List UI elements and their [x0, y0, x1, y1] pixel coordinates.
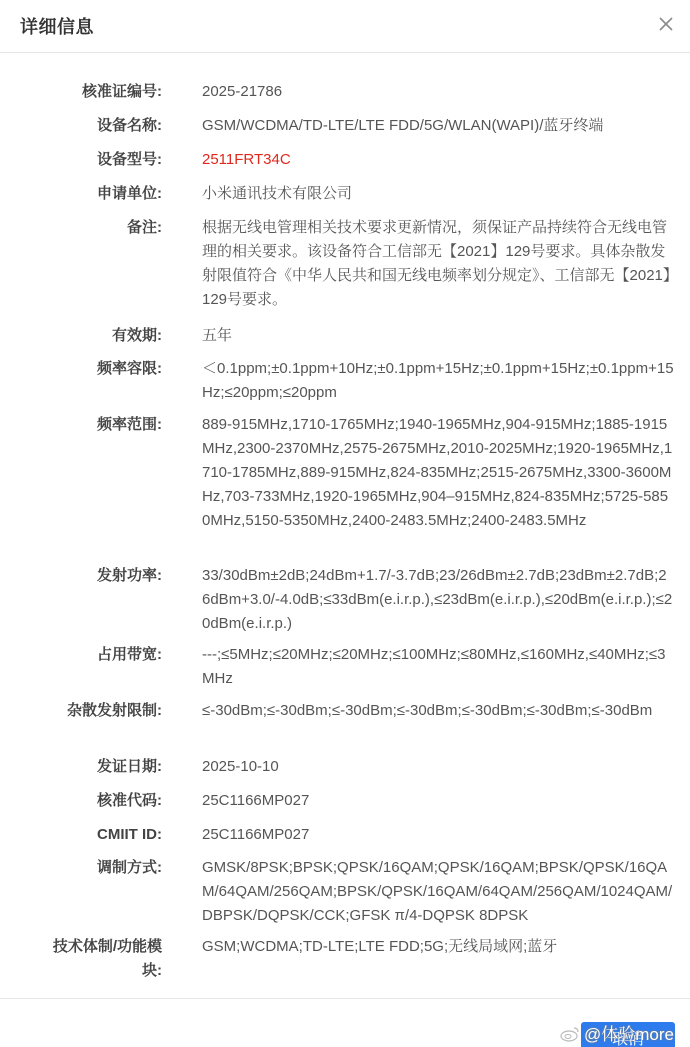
detail-label: 调制方式: — [0, 856, 190, 880]
detail-value: 25C1166MP027 — [190, 823, 674, 847]
detail-label: 备注: — [0, 216, 190, 240]
detail-label: 设备型号: — [0, 148, 190, 172]
detail-row-applicant: 申请单位: 小米通讯技术有限公司 — [0, 182, 690, 216]
detail-label: CMIIT ID: — [0, 823, 190, 847]
detail-label: 发证日期: — [0, 755, 190, 779]
footer-divider — [0, 998, 690, 999]
detail-label: 频率容限: — [0, 357, 190, 381]
detail-row-occupied-bandwidth: 占用带宽: ---;≤5MHz;≤20MHz;≤20MHz;≤100MHz;≤8… — [0, 643, 690, 699]
detail-row-spurious-emission: 杂散发射限制: ≤-30dBm;≤-30dBm;≤-30dBm;≤-30dBm;… — [0, 699, 690, 755]
detail-value: GSM;WCDMA;TD-LTE;LTE FDD;5G;无线局域网;蓝牙 — [190, 935, 674, 959]
detail-value: ＜0.1ppm;±0.1ppm+10Hz;±0.1ppm+15Hz;±0.1pp… — [190, 357, 674, 405]
detail-label: 申请单位: — [0, 182, 190, 206]
detail-label: 技术体制/功能模块: — [0, 935, 190, 983]
detail-value: 25C1166MP027 — [190, 789, 674, 813]
detail-label: 核准代码: — [0, 789, 190, 813]
close-icon — [656, 14, 676, 34]
detail-value-model: 2511FRT34C — [190, 148, 674, 172]
detail-row-modulation: 调制方式: GMSK/8PSK;BPSK;QPSK/16QAM;QPSK/16Q… — [0, 856, 690, 935]
detail-label: 有效期: — [0, 324, 190, 348]
detail-label: 占用带宽: — [0, 643, 190, 667]
detail-row-validity: 有效期: 五年 — [0, 324, 690, 357]
dialog-header: 详细信息 — [0, 0, 690, 53]
detail-label: 杂散发射限制: — [0, 699, 190, 723]
close-button[interactable] — [656, 14, 676, 34]
detail-label: 频率范围: — [0, 413, 190, 437]
detail-row-device-model: 设备型号: 2511FRT34C — [0, 148, 690, 182]
detail-label: 设备名称: — [0, 114, 190, 138]
detail-value: GSM/WCDMA/TD-LTE/LTE FDD/5G/WLAN(WAPI)/蓝… — [190, 114, 674, 138]
detail-value: 2025-10-10 — [190, 755, 674, 779]
detail-list: 核准证编号: 2025-21786 设备名称: GSM/WCDMA/TD-LTE… — [0, 80, 690, 991]
detail-row-frequency-tolerance: 频率容限: ＜0.1ppm;±0.1ppm+10Hz;±0.1ppm+15Hz;… — [0, 357, 690, 413]
watermark-text: @体验more — [584, 1025, 674, 1044]
detail-row-issue-date: 发证日期: 2025-10-10 — [0, 755, 690, 789]
detail-value: 五年 — [190, 324, 674, 348]
detail-label: 发射功率: — [0, 564, 190, 588]
detail-row-cmiit-id: CMIIT ID: 25C1166MP027 — [0, 823, 690, 856]
weibo-icon — [560, 1026, 580, 1042]
watermark: @体验more — [560, 1020, 674, 1045]
detail-value: 根据无线电管理相关技术要求更新情况，须保证产品持续符合无线电管理的相关要求。该设… — [190, 216, 674, 312]
dialog-title: 详细信息 — [20, 13, 94, 39]
detail-value: ≤-30dBm;≤-30dBm;≤-30dBm;≤-30dBm;≤-30dBm;… — [190, 699, 674, 723]
detail-row-approval-code: 核准代码: 25C1166MP027 — [0, 789, 690, 823]
detail-value: 2025-21786 — [190, 80, 674, 104]
detail-row-approval-number: 核准证编号: 2025-21786 — [0, 80, 690, 114]
detail-value: 889-915MHz,1710-1765MHz;1940-1965MHz,904… — [190, 413, 674, 533]
detail-row-frequency-range: 频率范围: 889-915MHz,1710-1765MHz;1940-1965M… — [0, 413, 690, 564]
detail-value: ---;≤5MHz;≤20MHz;≤20MHz;≤100MHz;≤80MHz,≤… — [190, 643, 674, 691]
detail-row-transmit-power: 发射功率: 33/30dBm±2dB;24dBm+1.7/-3.7dB;23/2… — [0, 564, 690, 643]
detail-value: 33/30dBm±2dB;24dBm+1.7/-3.7dB;23/26dBm±2… — [190, 564, 674, 636]
detail-label: 核准证编号: — [0, 80, 190, 104]
detail-row-technology-module: 技术体制/功能模块: GSM;WCDMA;TD-LTE;LTE FDD;5G;无… — [0, 935, 690, 991]
detail-value: 小米通讯技术有限公司 — [190, 182, 674, 206]
detail-row-remarks: 备注: 根据无线电管理相关技术要求更新情况，须保证产品持续符合无线电管理的相关要… — [0, 216, 690, 324]
detail-value: GMSK/8PSK;BPSK;QPSK/16QAM;QPSK/16QAM;BPS… — [190, 856, 674, 928]
detail-row-device-name: 设备名称: GSM/WCDMA/TD-LTE/LTE FDD/5G/WLAN(W… — [0, 114, 690, 148]
